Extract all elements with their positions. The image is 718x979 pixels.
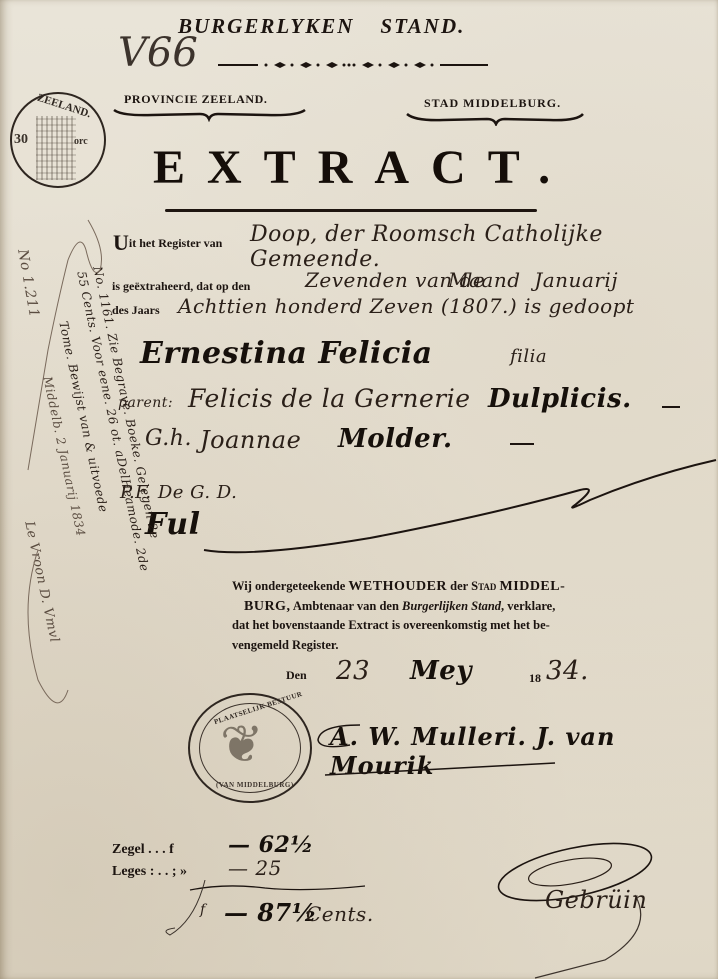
decl-burg: BURG, [244,599,290,614]
decl-stad: Stad [471,579,496,593]
child-name: Ernestina Felicia [140,336,433,371]
city-label: STAD MIDDELBURG. [424,96,561,111]
decl-ambtenaar: Ambtenaar van den [293,599,399,613]
decl-middel: MIDDEL- [500,579,566,594]
register-line: Uit het Register van [113,230,222,256]
title-word-2: STAND. [380,14,465,38]
revenue-stamp: ZEELAND. 30 orc [10,92,106,188]
total-value: — 87½ [224,898,317,927]
seal-bottom-text: (VAN MIDDELBURG) [216,781,294,789]
total-unit: Cents. [306,902,374,926]
decl-verklare: , verklare, [501,599,555,613]
zegel-value: — 62½ [228,832,314,858]
city-brace [405,112,585,126]
ornamental-divider [218,60,488,70]
drop-initial: U [113,230,129,255]
month-word: Januarij [534,268,618,292]
leges-value: — 25 [228,856,282,880]
year-number: (1807.) [441,294,517,318]
title-rule [165,209,537,212]
title-word-1: BURGERLYKEN [178,14,354,38]
month-label: Maand [448,268,521,292]
decl-text: Wij ondergeteekende [232,579,345,593]
dash-2 [510,443,534,445]
declaration-line-4: vengemeld Register. [232,636,642,656]
year-words: Achttien honderd Zeven [178,294,434,318]
month-hand: Maand Januarij [448,268,618,292]
province-brace [112,108,307,122]
zegel-label: Zegel . . . f [112,842,174,858]
province-label: PROVINCIE ZEELAND. [124,92,268,107]
date-month: Mey [410,656,472,686]
declaration-line-1: Wij ondergeteekende WETHOUDER der Stad M… [232,577,642,597]
stamp-left-text: 30 [14,132,28,148]
dash-1 [662,406,680,408]
baptized-word: is gedoopt [524,294,634,318]
margin-flourishes [8,210,108,730]
page-title: EXTRACT. [153,140,572,195]
leges-label: Leges : . . ; » [112,864,187,880]
decl-der: der [450,579,468,593]
decl-wethouder: WETHOUDER [348,579,447,594]
stamp-right-text: orc [74,136,88,147]
total-currency: f [200,902,206,918]
father-surname: Dulplicis. [488,384,632,414]
register-hand-text: Doop, der Roomsch Catholijke Gemeende. [250,222,718,272]
register-print-text: it het Register van [129,236,222,250]
declaration-line-3: dat het bovenstaande Extract is overeenk… [232,616,642,636]
father-name: Felicis de la Gernerie [188,384,470,413]
date-label: Den [286,668,307,683]
declaration-block: Wij ondergeteekende WETHOUDER der Stad M… [232,577,642,655]
bottom-right-signature: Gebrüin [545,886,647,914]
decl-burgerlijken-stand: Burgerlijken Stand [402,599,501,613]
date-year-prefix: 18 [529,671,541,686]
year-hand: Achttien honderd Zeven (1807.) is gedoop… [178,294,634,318]
date-day: 23 [336,656,370,686]
header-title-burgerlyken-stand: BURGERLYKENSTAND. [178,14,465,39]
mother-prefix: G.h. [145,426,192,451]
wethouder-flourish [310,715,570,795]
stamp-emblem-icon [36,116,76,180]
document-page: V66 BURGERLYKENSTAND. PROVINCIE ZEELAND.… [0,0,718,979]
child-relation: filia [510,346,547,367]
extract-date-line: is geëxtraheerd, dat op den [112,279,250,294]
year-line-label: des Jaars [112,303,160,318]
day-word: Zevenden [305,268,408,292]
declaration-line-2: BURG, Ambtenaar van den Burgerlijken Sta… [232,597,642,617]
signature-flourish [190,450,718,560]
date-year-suffix: 34. [546,656,589,686]
municipal-seal: PLAATSELIJK BESTUUR ❦ (VAN MIDDELBURG) [188,693,312,803]
eagle-emblem-icon: ❦ [220,715,264,775]
